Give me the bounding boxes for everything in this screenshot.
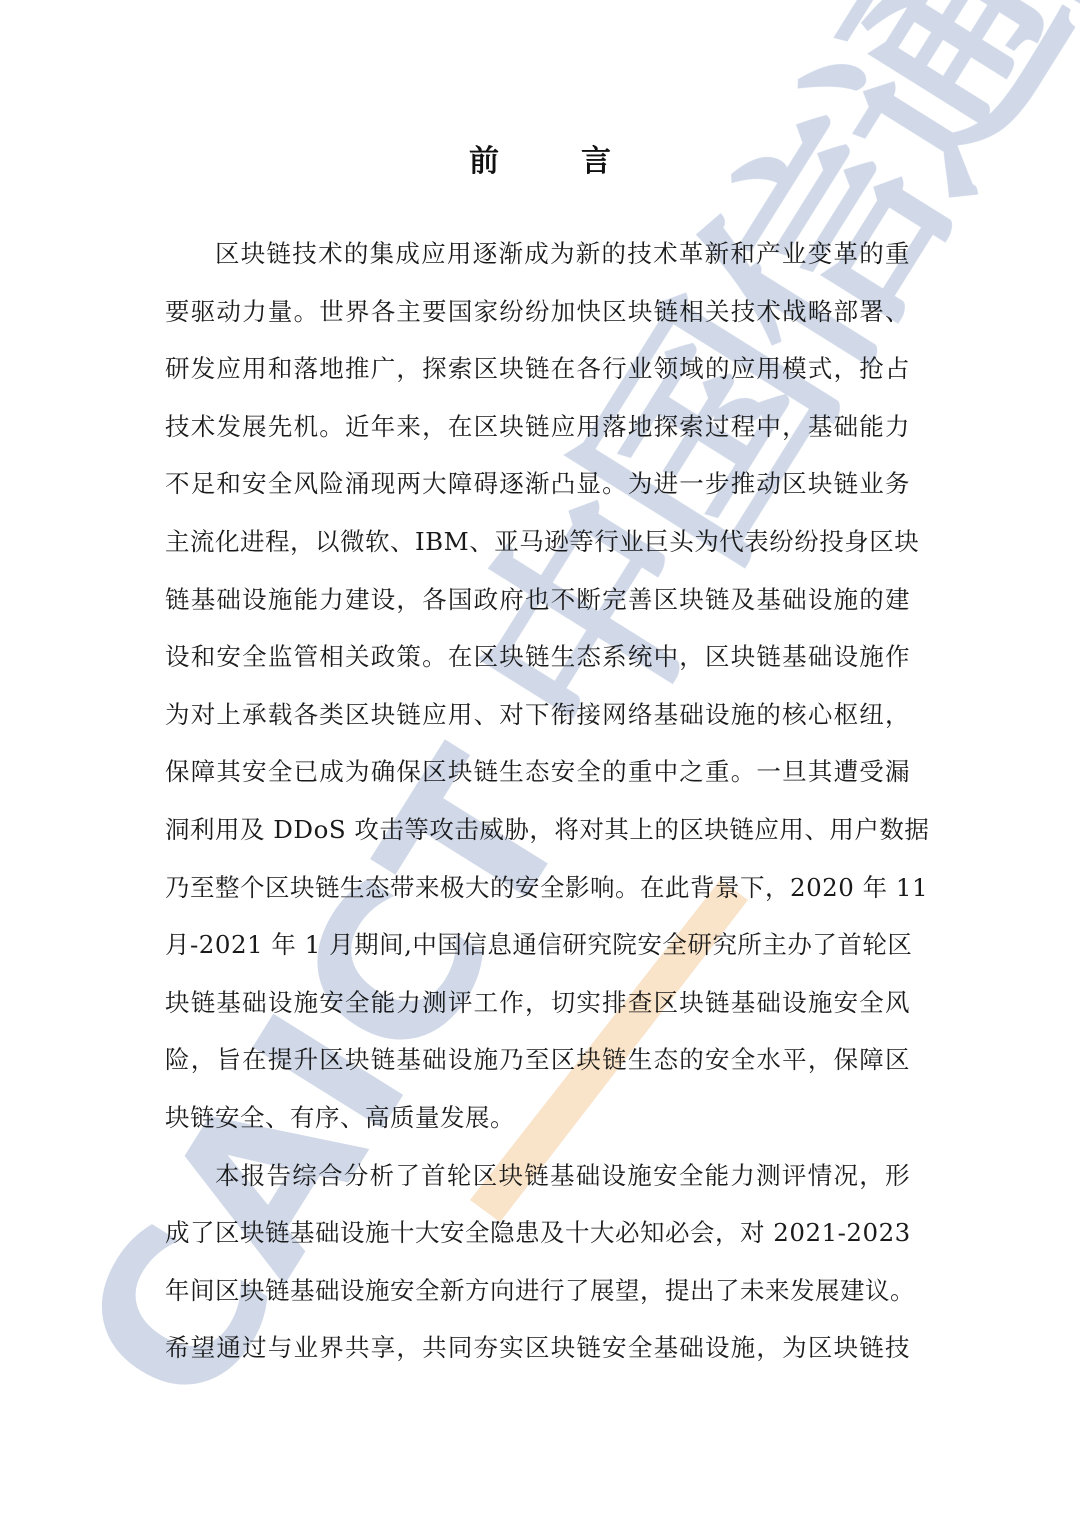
document-page: 前 言 区块链技术的集成应用逐渐成为新的技术革新和产业变革的重 要驱动力量。世界…: [0, 0, 1080, 1527]
text-line: 成了区块链基础设施十大安全隐患及十大必知必会，对 2021-2023: [165, 1204, 910, 1262]
text-line: 本报告综合分析了首轮区块链基础设施安全能力测评情况，形: [165, 1147, 910, 1205]
text-line: 研发应用和落地推广，探索区块链在各行业领域的应用模式，抢占: [165, 340, 910, 398]
text-line: 乃至整个区块链生态带来极大的安全影响。在此背景下，2020 年 11: [165, 859, 910, 917]
text-line: 险，旨在提升区块链基础设施乃至区块链生态的安全水平，保障区: [165, 1031, 910, 1089]
text-line: 块链安全、有序、高质量发展。: [165, 1089, 910, 1147]
text-line: 设和安全监管相关政策。在区块链生态系统中，区块链基础设施作: [165, 628, 910, 686]
text-line: 洞利用及 DDoS 攻击等攻击威胁，将对其上的区块链应用、用户数据: [165, 801, 910, 859]
text-line: 块链基础设施安全能力测评工作，切实排查区块链基础设施安全风: [165, 974, 910, 1032]
text-line: 不足和安全风险涌现两大障碍逐渐凸显。为进一步推动区块链业务: [165, 455, 910, 513]
text-line: 为对上承载各类区块链应用、对下衔接网络基础设施的核心枢纽，: [165, 686, 910, 744]
text-line: 月-2021 年 1 月期间,中国信息通信研究院安全研究所主办了首轮区: [165, 916, 910, 974]
page-title: 前 言: [0, 136, 1080, 180]
paragraph: 区块链技术的集成应用逐渐成为新的技术革新和产业变革的重 要驱动力量。世界各主要国…: [165, 225, 910, 1147]
text-line: 年间区块链基础设施安全新方向进行了展望，提出了未来发展建议。: [165, 1262, 910, 1320]
text-line: 链基础设施能力建设，各国政府也不断完善区块链及基础设施的建: [165, 571, 910, 629]
text-line: 技术发展先机。近年来，在区块链应用落地探索过程中，基础能力: [165, 398, 910, 456]
text-line: 要驱动力量。世界各主要国家纷纷加快区块链相关技术战略部署、: [165, 283, 910, 341]
paragraph: 本报告综合分析了首轮区块链基础设施安全能力测评情况，形 成了区块链基础设施十大安…: [165, 1147, 910, 1377]
text-line: 希望通过与业界共享，共同夯实区块链安全基础设施，为区块链技: [165, 1319, 910, 1377]
text-line: 保障其安全已成为确保区块链生态安全的重中之重。一旦其遭受漏: [165, 743, 910, 801]
document-body: 区块链技术的集成应用逐渐成为新的技术革新和产业变革的重 要驱动力量。世界各主要国…: [165, 225, 910, 1377]
text-line: 区块链技术的集成应用逐渐成为新的技术革新和产业变革的重: [165, 225, 910, 283]
text-line: 主流化进程，以微软、IBM、亚马逊等行业巨头为代表纷纷投身区块: [165, 513, 910, 571]
